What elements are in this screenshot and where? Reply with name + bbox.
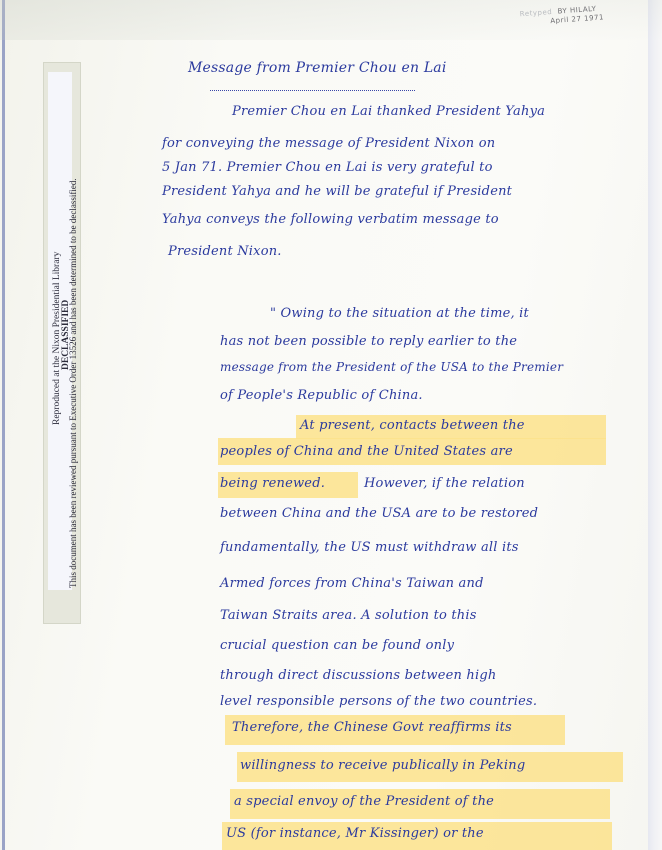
quote-line: Therefore, the Chinese Govt reaffirms it… [232,720,512,735]
quote-line: has not been possible to reply earlier t… [220,334,517,349]
intro-line: 5 Jan 71. Premier Chou en Lai is very gr… [162,160,493,175]
page-edge [648,0,662,850]
quote-line: US (for instance, Mr Kissinger) or the [226,826,484,841]
quote-line: However, if the relation [364,476,525,491]
archival-faint-text: Retyped [520,8,553,18]
quote-line: of People's Republic of China. [220,388,423,403]
quote-line: Armed forces from China's Taiwan and [220,576,484,591]
quote-line: " Owing to the situation at the time, it [270,306,529,321]
intro-line: President Nixon. [168,244,282,259]
title-underline [210,90,415,91]
quote-line: crucial question can be found only [220,638,454,653]
letter-title: Message from Premier Chou en Lai [188,60,447,76]
quote-line: Taiwan Straits area. A solution to this [220,608,477,623]
intro-line: for conveying the message of President N… [162,136,495,151]
quote-line: a special envoy of the President of the [234,794,494,809]
quote-line: willingness to receive publically in Pek… [240,758,525,773]
stamp-line-order: This document has been reviewed pursuant… [68,178,78,588]
intro-line: Premier Chou en Lai thanked President Ya… [232,104,545,119]
quote-line: through direct discussions between high [220,668,496,683]
quote-line: level responsible persons of the two cou… [220,694,537,709]
quote-line: peoples of China and the United States a… [220,444,513,459]
quote-line: being renewed. [220,476,325,491]
intro-line: President Yahya and he will be grateful … [162,184,512,199]
quote-line: fundamentally, the US must withdraw all … [220,540,519,555]
quote-line: At present, contacts between the [300,418,525,433]
quote-line: message from the President of the USA to… [220,360,563,374]
quote-line: between China and the USA are to be rest… [220,506,538,521]
intro-line: Yahya conveys the following verbatim mes… [162,212,499,227]
